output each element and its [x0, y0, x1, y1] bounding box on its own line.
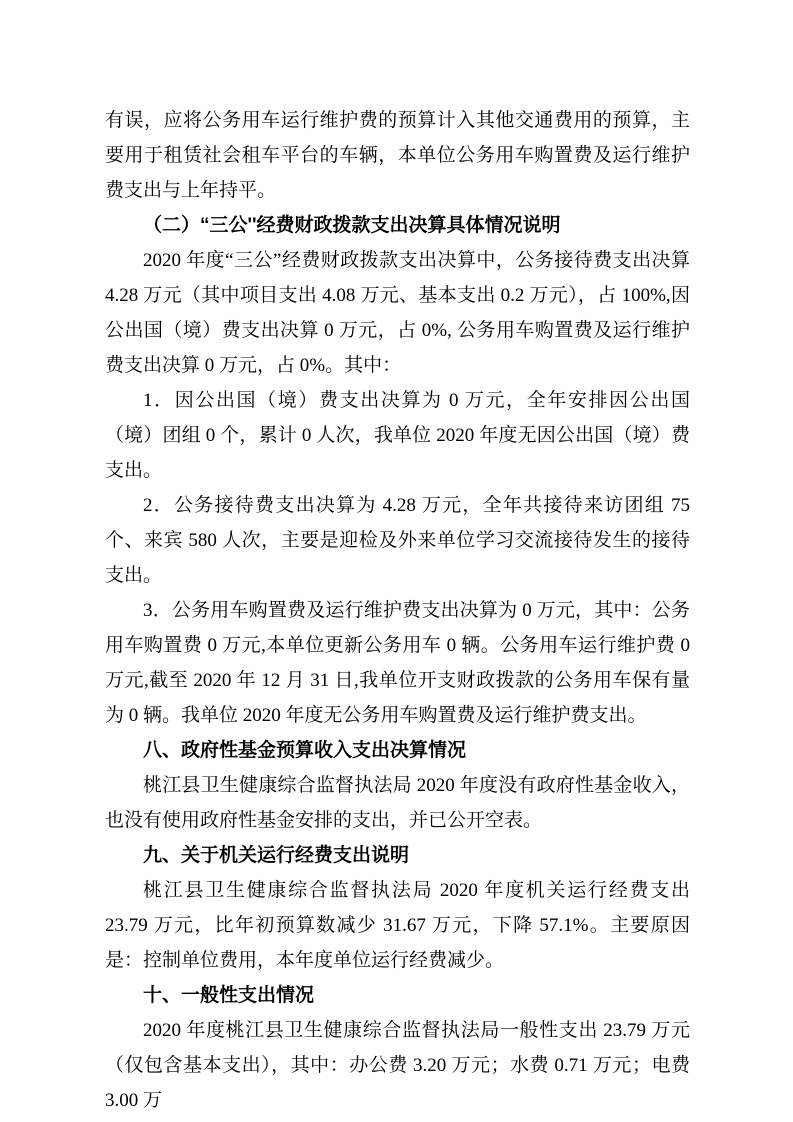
- paragraph-continuation-vehicle-budget: 有误，应将公务用车运行维护费的预算计入其他交通费用的预算，主要用于租赁社会租车平…: [105, 103, 690, 208]
- heading-section-9-operating-expense: 九、关于机关运行经费支出说明: [105, 838, 690, 873]
- paragraph-sangong-summary: 2020 年度“三公”经费财政拨款支出决算中，公务接待费支出决算 4.28 万元…: [105, 243, 690, 383]
- heading-section-8-government-fund: 八、政府性基金预算收入支出决算情况: [105, 733, 690, 768]
- paragraph-operating-expense: 桃江县卫生健康综合监督执法局 2020 年度机关运行经费支出 23.79 万元，…: [105, 873, 690, 978]
- list-item-2-official-reception: 2．公务接待费支出决算为 4.28 万元，全年共接待来访团组 75 个、来宾 5…: [105, 488, 690, 593]
- list-item-1-overseas-trips: 1．因公出国（境）费支出决算为 0 万元，全年安排因公出国（境）团组 0 个，累…: [105, 383, 690, 488]
- heading-section-10-general-expense: 十、一般性支出情况: [105, 978, 690, 1013]
- list-item-3-official-vehicles: 3．公务用车购置费及运行维护费支出决算为 0 万元，其中：公务用车购置费 0 万…: [105, 593, 690, 733]
- document-body: 有误，应将公务用车运行维护费的预算计入其他交通费用的预算，主要用于租赁社会租车平…: [105, 103, 690, 1118]
- subheading-sangong-expense-details: （二）“三公''经费财政拨款支出决算具体情况说明: [105, 208, 690, 243]
- paragraph-government-fund: 桃江县卫生健康综合监督执法局 2020 年度没有政府性基金收入，也没有使用政府性…: [105, 768, 690, 838]
- paragraph-general-expense: 2020 年度桃江县卫生健康综合监督执法局一般性支出 23.79 万元（仅包含基…: [105, 1013, 690, 1118]
- document-page: 有误，应将公务用车运行维护费的预算计入其他交通费用的预算，主要用于租赁社会租车平…: [0, 0, 793, 1122]
